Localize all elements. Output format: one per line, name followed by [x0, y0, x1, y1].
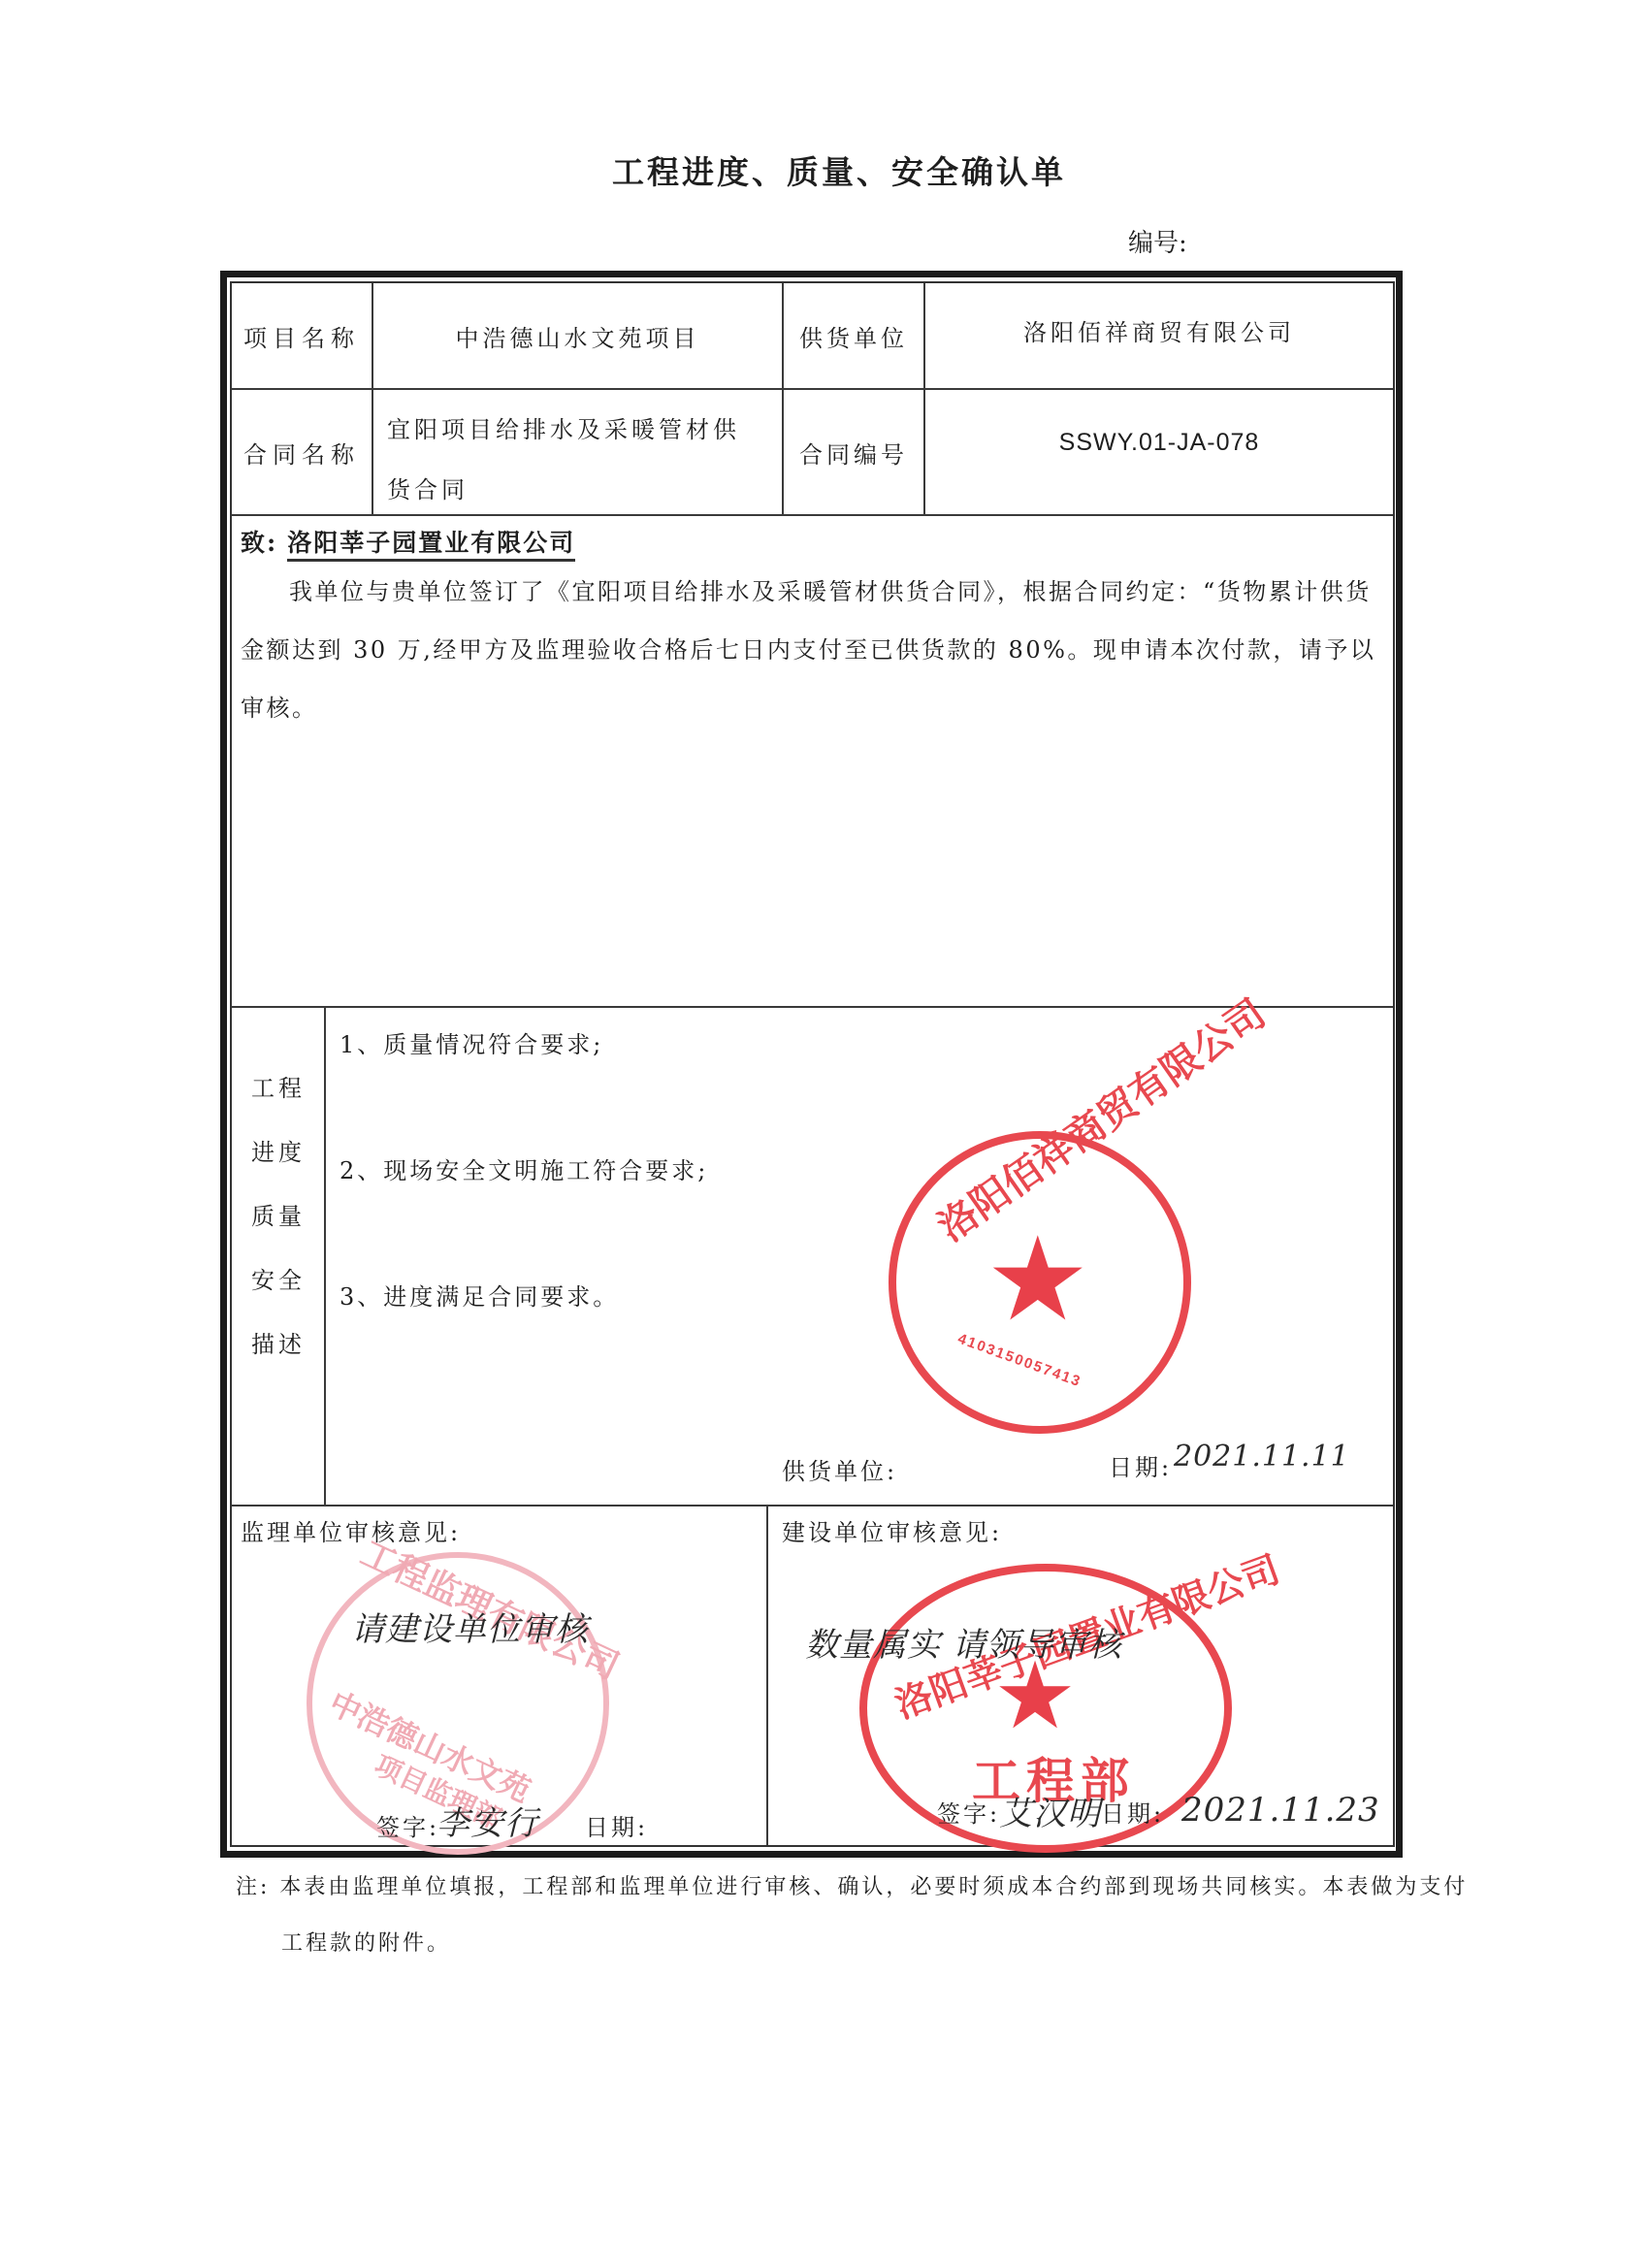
document-title: 工程进度、质量、安全确认单 [0, 147, 1649, 193]
progress-side-label-2: 进度 [233, 1133, 324, 1167]
letter-body: 我单位与贵单位签订了《宜阳项目给排水及采暖管材供货合同》，根据合同约定：“货物累… [241, 563, 1385, 737]
construction-opinion-label: 建设单位审核意见: [782, 1513, 1002, 1547]
project-name-value: 中浩德山水文苑项目 [373, 283, 782, 388]
supervision-opinion-label: 监理单位审核意见: [241, 1513, 461, 1547]
construction-signature: 艾汉明 [999, 1787, 1101, 1834]
contract-no-value: SSWY.01-JA-078 [925, 380, 1393, 504]
progress-item-quality: 1、质量情况符合要求; [339, 1025, 603, 1059]
construction-opinion-text: 数量属实 请领导审核 [805, 1618, 1122, 1666]
progress-side-label-3: 质量 [233, 1197, 324, 1231]
progress-side-label-1: 工程 [233, 1069, 324, 1103]
supplier-label: 供货单位 [784, 283, 923, 388]
supplier-company-seal: 洛阳佰祥商贸有限公司 ★ 4103150057413 [889, 1131, 1191, 1434]
progress-side-label-5: 描述 [233, 1325, 324, 1359]
serial-number-label: 编号: [1128, 223, 1187, 259]
supplier-sign-label: 供货单位: [782, 1452, 897, 1486]
progress-item-schedule: 3、进度满足合同要求。 [339, 1278, 619, 1312]
construction-date-label: 日期: [1101, 1795, 1164, 1829]
contract-name-line1: 宜阳项目给排水及采暖管材供 [387, 400, 740, 460]
seal-star-icon: ★ [986, 1222, 1090, 1339]
supplier-date-value: 2021.11.11 [1174, 1440, 1350, 1474]
construction-sign-label: 签字: [937, 1795, 1000, 1829]
supplier-value: 洛阳佰祥商贸有限公司 [925, 277, 1393, 382]
supervision-signature: 李安行 [436, 1797, 538, 1844]
progress-item-safety: 2、现场安全文明施工符合要求; [339, 1151, 708, 1185]
addressee: 致:洛阳莘子园置业有限公司 [241, 524, 575, 559]
construction-date-value: 2021.11.23 [1181, 1791, 1380, 1830]
col-divider [766, 1506, 768, 1845]
col-divider [324, 1007, 326, 1506]
addressee-company: 洛阳莘子园置业有限公司 [287, 529, 575, 562]
supplier-date-label: 日期: [1109, 1448, 1172, 1482]
footnote-line1: 注: 本表由监理单位填报，工程部和监理单位进行审核、确认，必要时须成本合约部到现… [236, 1870, 1468, 1900]
supervision-date-label: 日期: [585, 1808, 648, 1842]
row-divider [232, 1505, 1393, 1507]
contract-name-line2: 货合同 [387, 460, 740, 520]
supervision-opinion-text: 请建设单位审核 [351, 1603, 589, 1650]
supervision-sign-label: 签字: [376, 1808, 439, 1842]
progress-side-label-4: 安全 [233, 1261, 324, 1295]
footnote-line2: 工程款的附件。 [281, 1927, 451, 1957]
contract-name-label: 合同名称 [232, 390, 372, 514]
project-name-label: 项目名称 [232, 283, 372, 388]
contract-no-label: 合同编号 [784, 390, 923, 514]
contract-name-value: 宜阳项目给排水及采暖管材供 货合同 [387, 400, 740, 520]
to-label: 致: [241, 529, 277, 557]
